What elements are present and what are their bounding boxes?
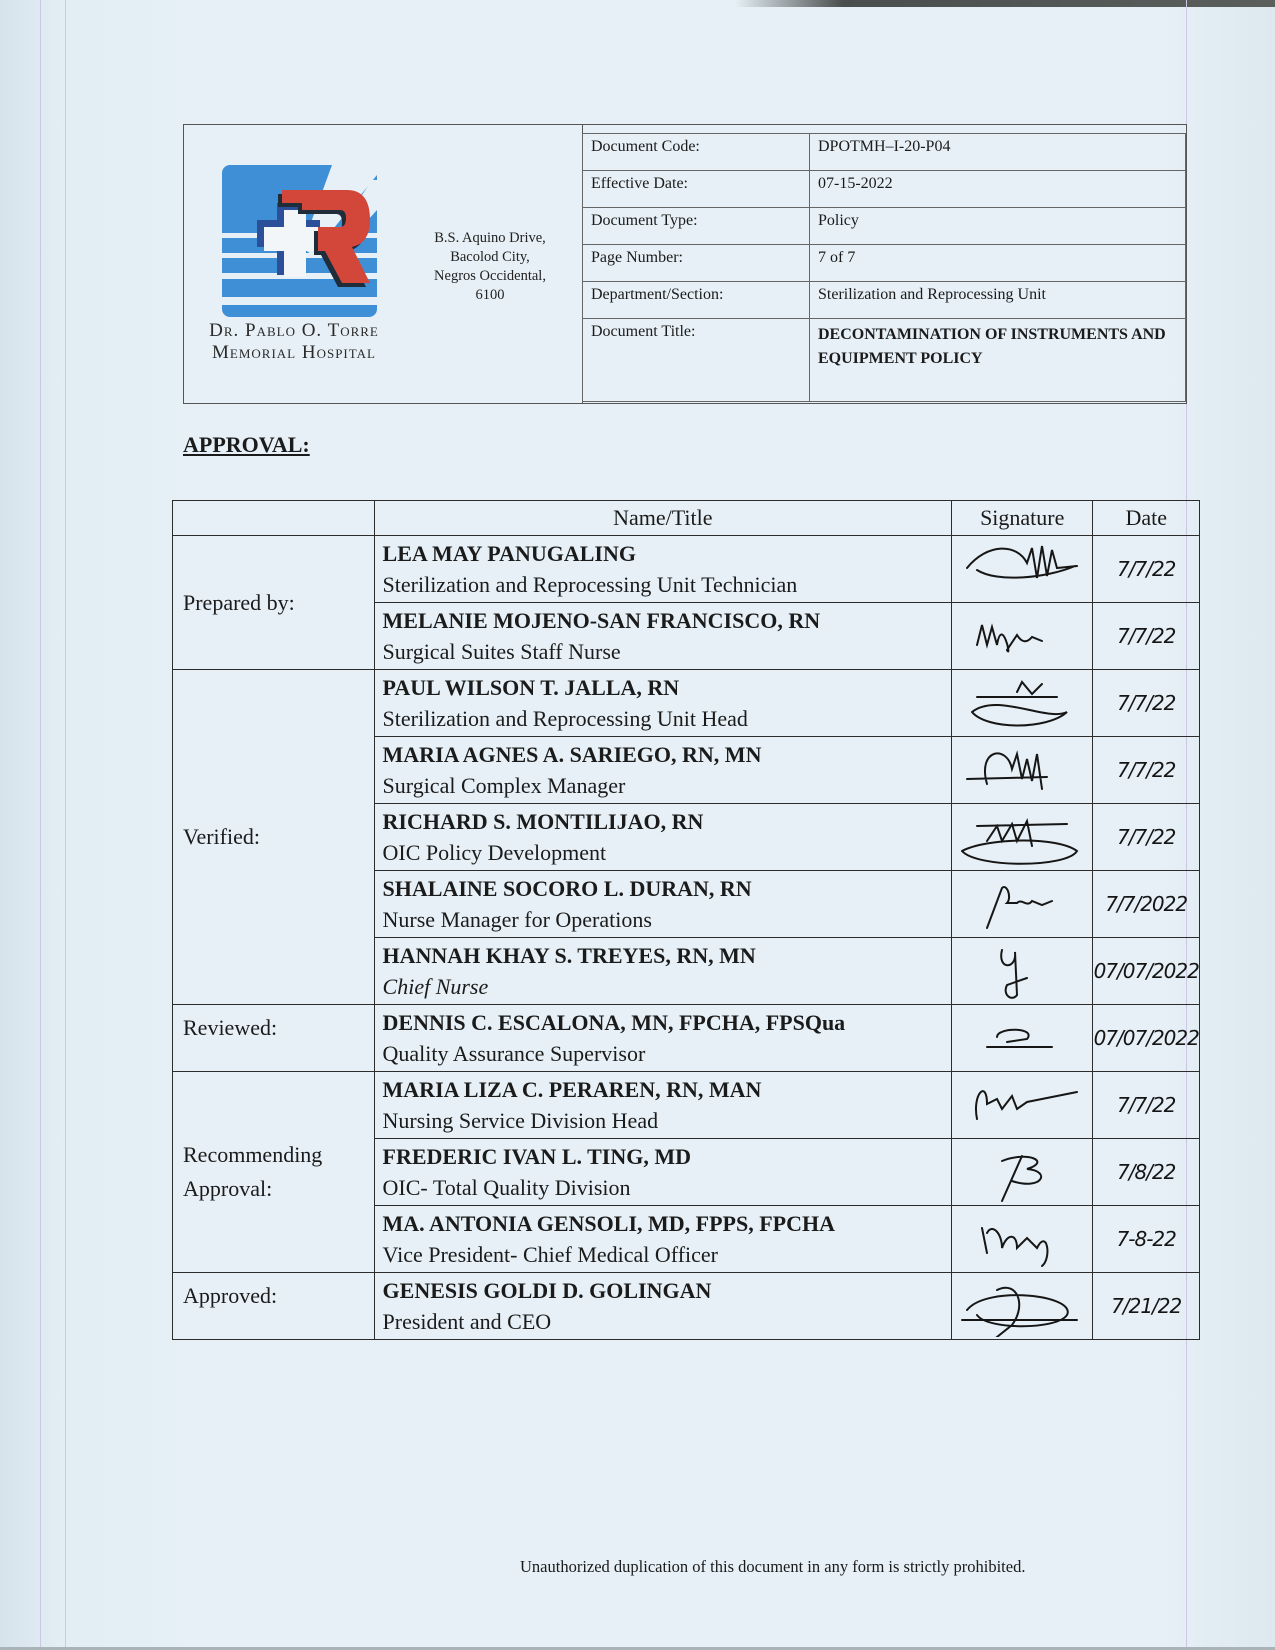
meta-row: Document Type: Policy <box>583 208 1186 245</box>
signatory-name: DENNIS C. ESCALONA, MN, FPCHA, FPSQua <box>383 1005 952 1039</box>
signature-date: 7/8/22 <box>1093 1139 1200 1206</box>
signature-date: 7/21/22 <box>1093 1273 1200 1340</box>
handwritten-signature-icon <box>957 873 1087 935</box>
approval-heading: APPROVAL: <box>183 432 310 458</box>
address-line: Negros Occidental, <box>404 267 576 286</box>
meta-label-department: Department/Section: <box>583 282 810 319</box>
approval-role-label: Prepared by: <box>173 536 375 670</box>
signature-cell <box>952 1206 1093 1273</box>
hospital-address: B.S. Aquino Drive, Bacolod City, Negros … <box>404 229 576 305</box>
signature-date: 07/07/2022 <box>1093 1005 1200 1072</box>
address-line: Bacolod City, <box>404 248 576 267</box>
scan-edge-shadow <box>735 0 1275 7</box>
hospital-cross-r-logo-icon <box>222 165 377 317</box>
signatory-cell: PAUL WILSON T. JALLA, RNSterilization an… <box>374 670 952 737</box>
meta-value-effective-date: 07-15-2022 <box>810 171 1186 208</box>
approval-row: Recommending Approval:MARIA LIZA C. PERA… <box>173 1072 1200 1139</box>
approval-row: Prepared by:LEA MAY PANUGALINGSterilizat… <box>173 536 1200 603</box>
signatory-title: Nurse Manager for Operations <box>383 905 952 935</box>
handwritten-signature-icon <box>957 1208 1087 1270</box>
approval-row: Verified:PAUL WILSON T. JALLA, RNSterili… <box>173 670 1200 737</box>
signature-cell <box>952 1072 1093 1139</box>
scanned-page: Dr. Pablo O. Torre Memorial Hospital B.S… <box>0 0 1275 1650</box>
signature-date: 7-8-22 <box>1093 1206 1200 1273</box>
signatory-cell: MARIA LIZA C. PERAREN, RN, MANNursing Se… <box>374 1072 952 1139</box>
signature-cell <box>952 603 1093 670</box>
signatory-title: OIC- Total Quality Division <box>383 1173 952 1203</box>
signatory-name: SHALAINE SOCORO L. DURAN, RN <box>383 871 952 905</box>
signatory-title: Quality Assurance Supervisor <box>383 1039 952 1069</box>
signature-date: 07/07/2022 <box>1093 938 1200 1005</box>
handwritten-signature-icon <box>957 672 1087 734</box>
handwritten-signature-icon <box>957 538 1087 600</box>
signature-cell <box>952 871 1093 938</box>
signatory-name: FREDERIC IVAN L. TING, MD <box>383 1139 952 1173</box>
handwritten-signature-icon <box>957 739 1087 801</box>
signature-date: 7/7/22 <box>1093 536 1200 603</box>
signature-cell <box>952 1005 1093 1072</box>
approval-role-label: Verified: <box>173 670 375 1005</box>
signature-cell <box>952 1139 1093 1206</box>
hospital-name-line1: Dr. Pablo O. Torre <box>194 320 394 342</box>
meta-value-document-code: DPOTMH–I-20-P04 <box>810 134 1186 171</box>
meta-row: Page Number: 7 of 7 <box>583 245 1186 282</box>
signatory-title: Vice President- Chief Medical Officer <box>383 1240 952 1270</box>
signature-date: 7/7/22 <box>1093 804 1200 871</box>
hospital-name: Dr. Pablo O. Torre Memorial Hospital <box>194 320 394 364</box>
handwritten-signature-icon <box>957 940 1087 1002</box>
signatory-cell: MELANIE MOJENO-SAN FRANCISCO, RNSurgical… <box>374 603 952 670</box>
hospital-name-line2: Memorial Hospital <box>194 342 394 364</box>
footer-notice: Unauthorized duplication of this documen… <box>520 1557 1025 1577</box>
signatory-cell: DENNIS C. ESCALONA, MN, FPCHA, FPSQuaQua… <box>374 1005 952 1072</box>
signature-date: 7/7/22 <box>1093 737 1200 804</box>
handwritten-signature-icon <box>957 806 1087 868</box>
meta-label-effective-date: Effective Date: <box>583 171 810 208</box>
signatory-cell: RICHARD S. MONTILIJAO, RNOIC Policy Deve… <box>374 804 952 871</box>
signatory-cell: HANNAH KHAY S. TREYES, RN, MNChief Nurse <box>374 938 952 1005</box>
signature-cell <box>952 737 1093 804</box>
signatory-cell: MARIA AGNES A. SARIEGO, RN, MNSurgical C… <box>374 737 952 804</box>
signatory-name: RICHARD S. MONTILIJAO, RN <box>383 804 952 838</box>
signature-date: 7/7/22 <box>1093 603 1200 670</box>
handwritten-signature-icon <box>957 1007 1087 1069</box>
approval-role-label: Approved: <box>173 1273 375 1340</box>
signatory-name: MELANIE MOJENO-SAN FRANCISCO, RN <box>383 603 952 637</box>
address-line: B.S. Aquino Drive, <box>404 229 576 248</box>
meta-label-document-code: Document Code: <box>583 134 810 171</box>
meta-value-document-type: Policy <box>810 208 1186 245</box>
meta-value-document-title: DECONTAMINATION OF INSTRUMENTS AND EQUIP… <box>810 319 1186 402</box>
handwritten-signature-icon <box>957 1074 1087 1136</box>
signatory-title: Sterilization and Reprocessing Unit Tech… <box>383 570 952 600</box>
scan-margin-line <box>65 0 66 1650</box>
signatory-name: MARIA AGNES A. SARIEGO, RN, MN <box>383 737 952 771</box>
signature-cell <box>952 938 1093 1005</box>
signatory-title: Surgical Complex Manager <box>383 771 952 801</box>
column-header-name-title: Name/Title <box>374 501 952 536</box>
address-line: 6100 <box>404 286 576 305</box>
approval-header-row: Name/Title Signature Date <box>173 501 1200 536</box>
approval-role-label: Reviewed: <box>173 1005 375 1072</box>
signatory-title: Sterilization and Reprocessing Unit Head <box>383 704 952 734</box>
signature-cell <box>952 804 1093 871</box>
document-metadata-table: Document Code: DPOTMH–I-20-P04 Effective… <box>582 133 1186 402</box>
signatory-title: Nursing Service Division Head <box>383 1106 952 1136</box>
meta-row: Department/Section: Sterilization and Re… <box>583 282 1186 319</box>
column-header-role <box>173 501 375 536</box>
meta-row: Document Title: DECONTAMINATION OF INSTR… <box>583 319 1186 402</box>
meta-row: Effective Date: 07-15-2022 <box>583 171 1186 208</box>
signatory-cell: FREDERIC IVAN L. TING, MDOIC- Total Qual… <box>374 1139 952 1206</box>
hospital-branding: Dr. Pablo O. Torre Memorial Hospital B.S… <box>184 125 583 403</box>
signatory-name: LEA MAY PANUGALING <box>383 536 952 570</box>
column-header-signature: Signature <box>952 501 1093 536</box>
signatory-cell: SHALAINE SOCORO L. DURAN, RNNurse Manage… <box>374 871 952 938</box>
column-header-date: Date <box>1093 501 1200 536</box>
meta-label-page-number: Page Number: <box>583 245 810 282</box>
signatory-name: MARIA LIZA C. PERAREN, RN, MAN <box>383 1072 952 1106</box>
signature-cell <box>952 536 1093 603</box>
signature-cell <box>952 1273 1093 1340</box>
signatory-title: OIC Policy Development <box>383 838 952 868</box>
document-header: Dr. Pablo O. Torre Memorial Hospital B.S… <box>183 124 1187 404</box>
signatory-cell: LEA MAY PANUGALINGSterilization and Repr… <box>374 536 952 603</box>
meta-row: Document Code: DPOTMH–I-20-P04 <box>583 134 1186 171</box>
signature-date: 7/7/22 <box>1093 670 1200 737</box>
scan-margin-line <box>40 0 41 1650</box>
handwritten-signature-icon <box>957 1141 1087 1203</box>
approval-row: Reviewed:DENNIS C. ESCALONA, MN, FPCHA, … <box>173 1005 1200 1072</box>
signature-cell <box>952 670 1093 737</box>
approval-row: Approved:GENESIS GOLDI D. GOLINGANPresid… <box>173 1273 1200 1340</box>
signatory-name: HANNAH KHAY S. TREYES, RN, MN <box>383 938 952 972</box>
approval-table: Name/Title Signature Date Prepared by:LE… <box>172 500 1200 1340</box>
signature-date: 7/7/2022 <box>1093 871 1200 938</box>
signatory-title: President and CEO <box>383 1307 952 1337</box>
signatory-cell: MA. ANTONIA GENSOLI, MD, FPPS, FPCHAVice… <box>374 1206 952 1273</box>
signature-date: 7/7/22 <box>1093 1072 1200 1139</box>
signatory-name: PAUL WILSON T. JALLA, RN <box>383 670 952 704</box>
signatory-name: MA. ANTONIA GENSOLI, MD, FPPS, FPCHA <box>383 1206 952 1240</box>
signatory-title: Chief Nurse <box>383 972 952 1002</box>
handwritten-signature-icon <box>957 605 1087 667</box>
approval-role-label: Recommending Approval: <box>173 1072 375 1273</box>
handwritten-signature-icon <box>957 1275 1087 1337</box>
meta-label-document-title: Document Title: <box>583 319 810 402</box>
signatory-cell: GENESIS GOLDI D. GOLINGANPresident and C… <box>374 1273 952 1340</box>
meta-value-page-number: 7 of 7 <box>810 245 1186 282</box>
meta-label-document-type: Document Type: <box>583 208 810 245</box>
signatory-name: GENESIS GOLDI D. GOLINGAN <box>383 1273 952 1307</box>
meta-value-department: Sterilization and Reprocessing Unit <box>810 282 1186 319</box>
signatory-title: Surgical Suites Staff Nurse <box>383 637 952 667</box>
